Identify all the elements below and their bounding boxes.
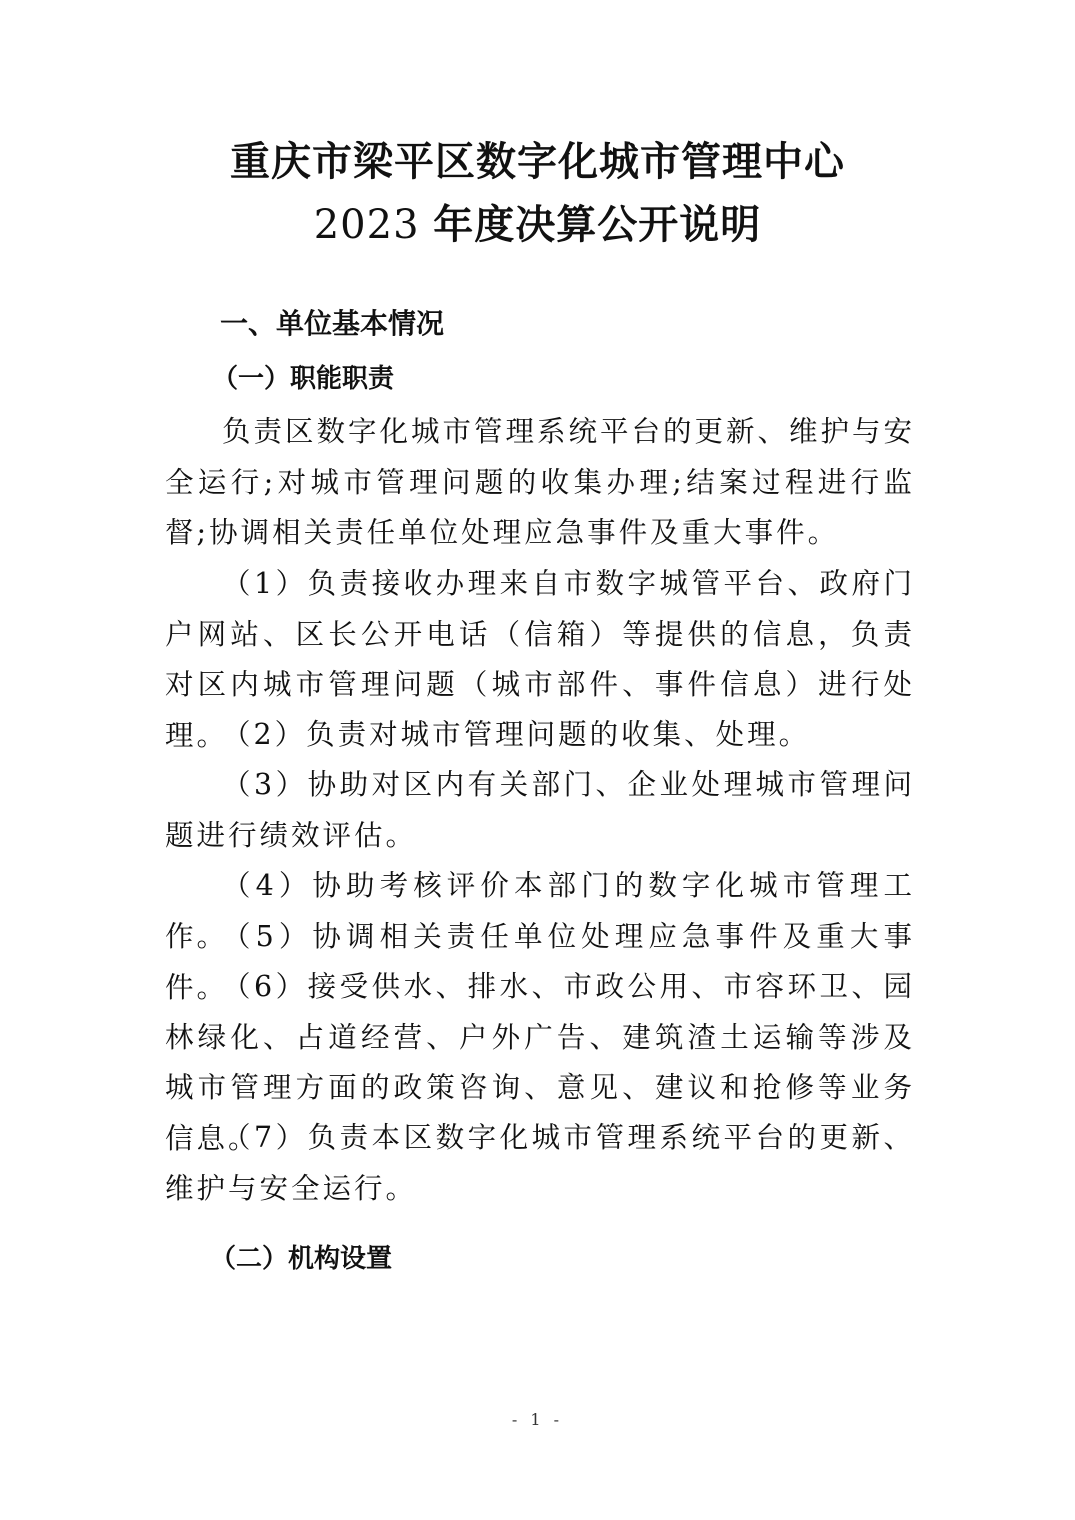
title-year: 2023 [314, 202, 420, 248]
subsection-heading-organization: （二）机构设置 [210, 1246, 392, 1272]
paragraph-duties-intro: 负责区数字化城市管理系统平台的更新、维护与安全运行;对城市管理问题的收集办理;结… [165, 407, 915, 559]
paragraph-duty-2: （2）负责对城市管理问题的收集、处理。 [165, 710, 915, 761]
paragraph-duty-3: （3）协助对区内有关部门、企业处理城市管理问题进行绩效评估。 [165, 760, 915, 861]
page-number: - 1 - [0, 1410, 1075, 1429]
document-title-line1: 重庆市梁平区数字化城市管理中心 [0, 142, 1075, 182]
paragraph-duty-7: （7）负责本区数字化城市管理系统平台的更新、维护与安全运行。 [165, 1113, 915, 1214]
subsection-heading-duties: （一）职能职责 [212, 366, 394, 392]
title-text: 年度决算公开说明 [433, 201, 761, 248]
document-title-line2: 2023 年度决算公开说明 [0, 205, 1075, 245]
section-heading-basic-info: 一、单位基本情况 [220, 310, 444, 338]
